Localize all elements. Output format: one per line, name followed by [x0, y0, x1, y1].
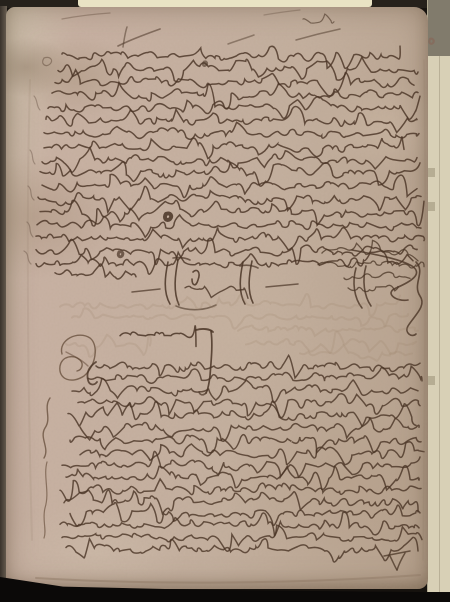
underlying-page-right-edge: [427, 0, 450, 592]
manuscript-scan: [0, 0, 450, 602]
right-edge-notch: [428, 168, 435, 177]
underlying-page-top-edge: [78, 0, 372, 7]
right-edge-shadow: [428, 0, 450, 56]
right-edge-notch: [428, 376, 435, 385]
right-edge-notch: [428, 202, 435, 211]
right-edge-seam: [439, 56, 440, 592]
manuscript-page: [6, 7, 428, 589]
